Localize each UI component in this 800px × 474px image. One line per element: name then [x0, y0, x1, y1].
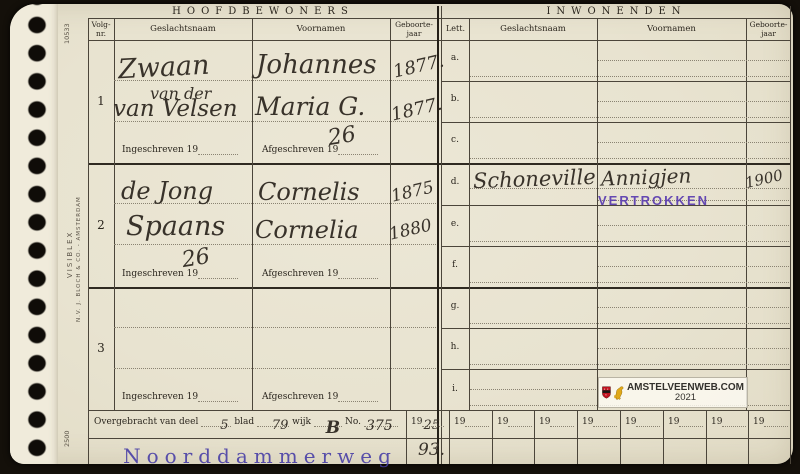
year-slot: 25: [422, 417, 444, 427]
lett-g: g.: [443, 301, 467, 311]
writing-line: [470, 389, 596, 390]
dotted-blank: [338, 392, 378, 402]
archive-watermark: x x x AMSTELVEENWEB.COM 2021: [598, 377, 748, 408]
row-sep: [442, 246, 791, 247]
hw-deel-value: 5: [220, 418, 228, 433]
year-cell: 19: [711, 417, 746, 427]
year-prefix: 19: [668, 417, 679, 427]
row-sep: [442, 369, 791, 370]
writing-line: [598, 60, 789, 61]
colheader-underline: [88, 40, 791, 41]
wijk-slot: B: [314, 417, 342, 427]
overgebracht-label: Overgebracht van deel: [94, 417, 198, 427]
no-slot: 375: [364, 417, 398, 427]
lett-e: e.: [443, 219, 467, 229]
dotted-blank: [764, 417, 788, 427]
punch-hole-strip: [10, 4, 58, 464]
footer-mid-line: [88, 438, 791, 439]
table-right-border: [790, 6, 791, 464]
writing-line: [470, 117, 789, 118]
brand-visiblex: VISIBLEX: [66, 231, 74, 278]
hw-firstname-cornelia: Cornelia: [255, 218, 359, 242]
year-cell: 19: [454, 417, 489, 427]
year-cell: 19: [539, 417, 574, 427]
street-name-stamp: Noorddammerweg: [120, 444, 400, 468]
row2-ingeschreven-label: Ingeschreven 19: [122, 269, 238, 279]
footer-vline: [620, 410, 621, 464]
col-geboortejaar-left-line2: jaar: [390, 29, 438, 38]
row2-number: 2: [90, 218, 112, 232]
footer-vline: [663, 410, 664, 464]
hw-firstname-johannes: Johannes: [256, 52, 377, 78]
row1-ingeschreven-label: Ingeschreven 19: [122, 145, 238, 155]
row1-afgeschreven-label: Afgeschreven 19: [262, 145, 378, 155]
row-sep: [442, 122, 791, 123]
watermark-year: 2021: [675, 393, 696, 403]
hw-surname-schoneville: Schoneville: [473, 167, 596, 192]
year-prefix: 19: [625, 417, 636, 427]
writing-line: [598, 142, 789, 143]
writing-line: [470, 76, 789, 77]
wijk-label: wijk: [292, 417, 311, 427]
hw-surname-van-velsen: van Velsen: [113, 98, 238, 121]
footer-vline: [449, 410, 450, 464]
dotted-blank: [679, 417, 703, 427]
footer-vline: [706, 410, 707, 464]
scanned-registration-card: 10533 VISIBLEX N.V. J. BLOCH & CO. - AMS…: [0, 0, 800, 474]
year-cell: 19: [625, 417, 660, 427]
dotted-blank: [198, 145, 238, 155]
hw-wijk-value: B: [326, 418, 340, 438]
lett-d: d.: [443, 177, 467, 187]
afgeschreven-text: Afgeschreven 19: [262, 269, 338, 279]
hoofdbewoners-title: HOOFDBEWONERS: [88, 6, 438, 17]
col-lett: Lett.: [442, 24, 469, 33]
col-geboortejaar-right-line2: jaar: [746, 29, 791, 38]
lett-f: f.: [443, 260, 467, 270]
dotted-blank: [636, 417, 660, 427]
writing-line: [470, 323, 789, 324]
hw-ingeschreven-26: 26: [180, 246, 211, 272]
ingeschreven-text: Ingeschreven 19: [122, 392, 198, 402]
footer-vline: [534, 410, 535, 464]
hw-firstname-annigjen: Annigjen: [601, 165, 692, 188]
writing-line: [114, 327, 436, 328]
hw-no-value: 375: [366, 418, 393, 434]
dotted-blank: [593, 417, 617, 427]
year-prefix: 19: [582, 417, 593, 427]
writing-line: [114, 244, 436, 245]
serial-number-bottom: 2500: [63, 430, 71, 447]
year-prefix: 19: [539, 417, 550, 427]
dotted-blank: [508, 417, 532, 427]
dotted-blank: [198, 392, 238, 402]
hw-year-25: 25: [423, 418, 440, 433]
dotted-blank: [722, 417, 746, 427]
lett-i: i.: [443, 384, 467, 394]
section-divider-thin: [441, 6, 442, 464]
col-geslachtsnaam-left: Geslachtsnaam: [114, 24, 252, 34]
hw-surname-spaans: Spaans: [126, 213, 225, 240]
year-prefix: 19: [411, 417, 422, 427]
volgnr-divider: [114, 18, 115, 410]
printer-imprint: N.V. J. BLOCH & CO. - AMSTERDAM: [76, 196, 82, 322]
year-prefix: 19: [711, 417, 722, 427]
year-cell: 19: [753, 417, 788, 427]
afgeschreven-text: Afgeschreven 19: [262, 145, 338, 155]
hw-surname-zwaan: Zwaan: [117, 52, 210, 84]
writing-line: [470, 158, 789, 159]
left-name-divider: [252, 18, 253, 410]
row3-number: 3: [90, 341, 112, 355]
lett-h: h.: [443, 342, 467, 352]
row3-afgeschreven-label: Afgeschreven 19: [262, 392, 378, 402]
year-cell: 19: [668, 417, 703, 427]
lett-b: b.: [443, 94, 467, 104]
year-cell: 19: [497, 417, 532, 427]
overgebracht-row: Overgebracht van deel 5 blad 79 wijk B N…: [94, 417, 404, 427]
writing-line: [598, 225, 789, 226]
col-geboortejaar-right-line1: Geboorte-: [746, 20, 791, 29]
vertrokken-stamp: VERTROKKEN: [598, 193, 709, 208]
col-voornamen-left: Voornamen: [252, 24, 390, 34]
no-label: No.: [345, 417, 361, 427]
watermark-text: AMSTELVEENWEB.COM 2021: [627, 382, 744, 403]
hw-house-number: 93.: [418, 442, 445, 459]
hw-afgeschreven-26: 26: [326, 124, 357, 150]
ingeschreven-text: Ingeschreven 19: [122, 145, 198, 155]
year-cell: 19: [582, 417, 617, 427]
row3-ingeschreven-label: Ingeschreven 19: [122, 392, 238, 402]
row-sep: [442, 81, 791, 82]
dotted-blank: [198, 269, 238, 279]
row2-afgeschreven-label: Afgeschreven 19: [262, 269, 378, 279]
writing-line: [598, 307, 789, 308]
table-left-border: [88, 18, 89, 464]
left-year-divider: [390, 18, 391, 410]
coat-of-arms-icon: x x x: [602, 382, 611, 403]
col-geboortejaar-left-line1: Geboorte-: [390, 20, 438, 29]
year-prefix: 19: [454, 417, 465, 427]
footer-vline: [492, 410, 493, 464]
inwonenden-title: INWONENDEN: [442, 6, 791, 17]
header-underline: [88, 18, 791, 19]
col-volgnr-line1: Volg-: [88, 20, 114, 29]
row-divider-2: [88, 287, 791, 289]
row-sep: [442, 328, 791, 329]
year-prefix: 19: [753, 417, 764, 427]
lett-a: a.: [443, 53, 467, 63]
transfer-year-cell: 1925: [411, 417, 444, 427]
writing-line: [114, 368, 436, 369]
writing-line: [470, 364, 789, 365]
writing-line: [598, 101, 789, 102]
dotted-blank: [550, 417, 574, 427]
hw-firstname-maria: Maria G.: [255, 94, 365, 119]
lion-icon: [614, 381, 624, 404]
blad-slot: 79: [257, 417, 289, 427]
col-geslachtsnaam-right: Geslachtsnaam: [469, 24, 597, 34]
col-voornamen-right: Voornamen: [597, 24, 746, 34]
writing-line: [598, 266, 789, 267]
section-divider-thick: [437, 6, 439, 464]
year-prefix: 19: [497, 417, 508, 427]
writing-line: [470, 241, 789, 242]
afgeschreven-text: Afgeschreven 19: [262, 392, 338, 402]
dotted-blank: [465, 417, 489, 427]
footer-vline: [577, 410, 578, 464]
footer-top-line: [88, 410, 791, 411]
hw-blad-value: 79: [272, 418, 289, 433]
hw-firstname-cornelis: Cornelis: [258, 180, 360, 204]
dotted-blank: [338, 269, 378, 279]
row1-number: 1: [90, 94, 112, 108]
serial-number-top: 10533: [63, 23, 71, 44]
footer-vline: [406, 410, 407, 464]
hw-surname-de-jong: de Jong: [121, 179, 213, 203]
blad-label: blad: [234, 417, 254, 427]
col-volgnr-line2: nr.: [88, 29, 114, 38]
footer-vline: [748, 410, 749, 464]
deel-slot: 5: [201, 417, 231, 427]
writing-line: [598, 348, 789, 349]
writing-line: [470, 282, 789, 283]
lett-c: c.: [443, 135, 467, 145]
